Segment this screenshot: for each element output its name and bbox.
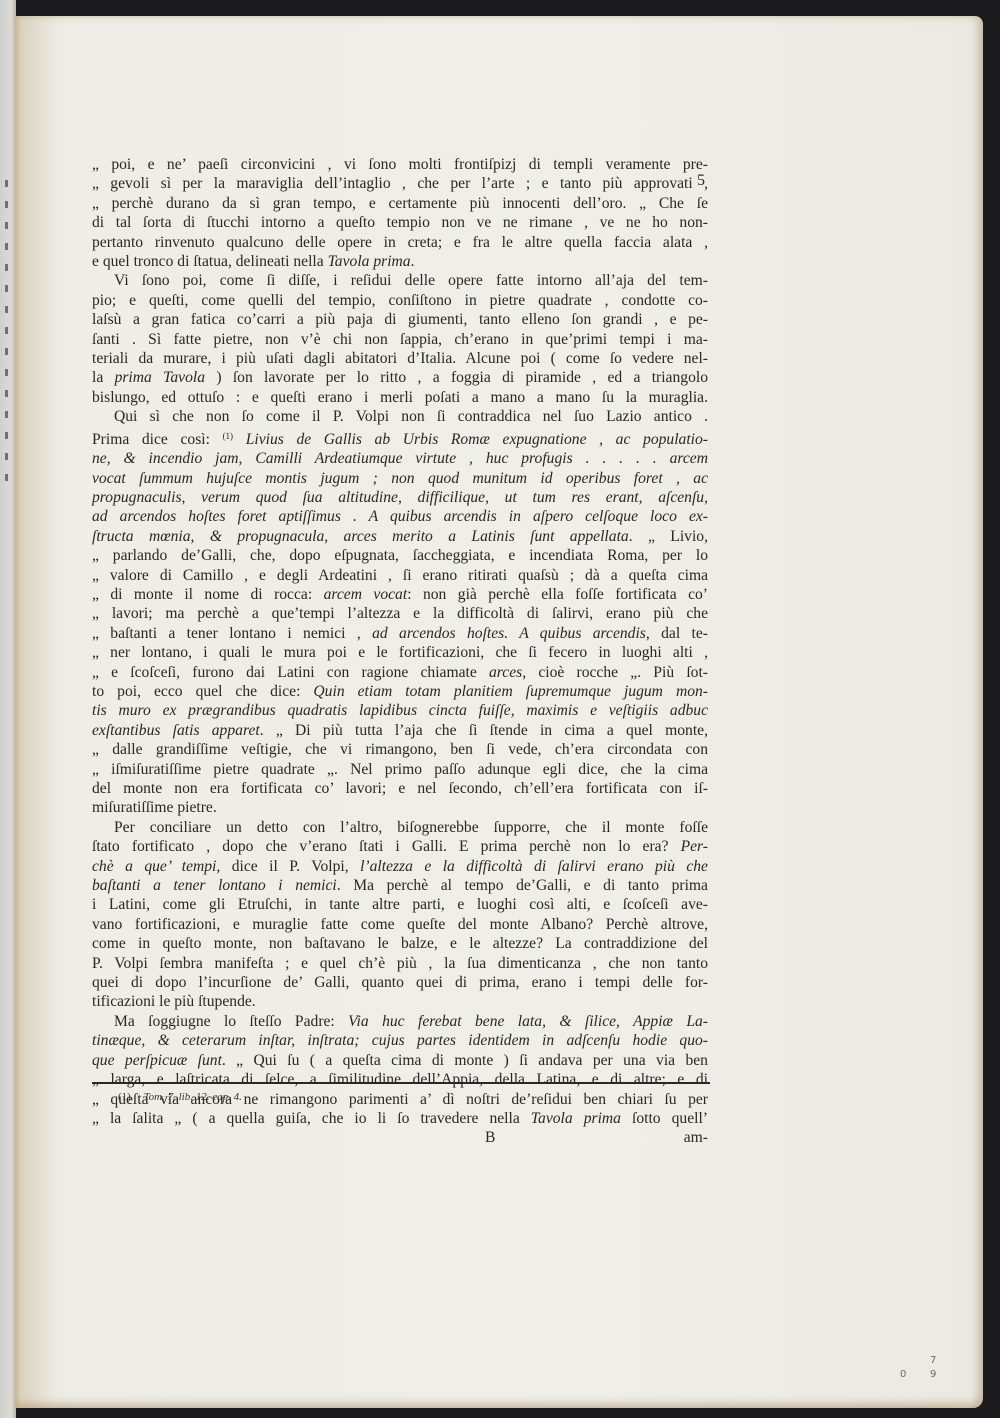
- text-line: P. Volpi ſembra manifeſta ; e quel ch’è …: [92, 954, 708, 973]
- pencil-mark: 9: [930, 1369, 936, 1380]
- text-line: ſtato fortificato , dopo che v’erano ſta…: [92, 837, 708, 856]
- text-line: „ larga, e laſtricata di ſelce, a ſimili…: [92, 1070, 708, 1089]
- text-line: Ma ſoggiugne lo ſteſſo Padre: Via huc fe…: [92, 1012, 708, 1031]
- text-line: „ dalle grandiſſime veſtigie, che vi rim…: [92, 740, 708, 759]
- text-line: Prima dice così: (1) Livius de Gallis ab…: [92, 427, 708, 449]
- text-line: propugnaculis, verum quod ſua altitudine…: [92, 488, 708, 507]
- text-line: laſsù a gran fatica co’carri a più paja …: [92, 310, 708, 329]
- footnote-rule: [92, 1082, 710, 1084]
- signature-mark: B: [485, 1128, 495, 1147]
- body-text: „ poi, e ne’ paeſi circonvicini , vi ſon…: [92, 155, 708, 1148]
- text-line: „ lavori; ma perchè a que’tempi l’altezz…: [92, 604, 708, 623]
- text-line: e quel tronco di ſtatua, delineati nella…: [92, 252, 708, 271]
- text-line: exſtantibus ſatis apparet. „ Di più tutt…: [92, 721, 708, 740]
- text-line: chè a que’ tempi, dice il P. Volpi, l’al…: [92, 857, 708, 876]
- text-line: ſtructa mœnia, & propugnacula, arces mer…: [92, 527, 708, 546]
- text-line: „ poi, e ne’ paeſi circonvicini , vi ſon…: [92, 155, 708, 174]
- text-line: la prima Tavola ) ſon lavorate per lo ri…: [92, 368, 708, 387]
- text-line: pio; e queſti, come quelli del tempio, c…: [92, 291, 708, 310]
- text-line: vocat ſummum hujuſce montis jugum ; non …: [92, 469, 708, 488]
- text-line: Qui sì che non ſo come il P. Volpi non ſ…: [92, 407, 708, 426]
- text-line: „ valore di Camillo , e degli Ardeatini …: [92, 566, 708, 585]
- text-line: „ perchè durano da sì gran tempo, e cert…: [92, 194, 708, 213]
- text-line: baſtanti a tener lontano i nemici. Ma pe…: [92, 876, 708, 895]
- text-line: quei di dopo l’incurſione de’ Galli, qua…: [92, 973, 708, 992]
- text-line: „ di monte il nome di rocca: arcem vocat…: [92, 585, 708, 604]
- text-line: tinæque, & ceterarum inſtar, inſtrata; c…: [92, 1031, 708, 1050]
- text-line: bislungo, ed ottuſo : e queſti erano i m…: [92, 388, 708, 407]
- text-line: di tal ſorta di ſtucchi intorno a queſto…: [92, 213, 708, 232]
- previous-page-text-fragments: [2, 180, 12, 495]
- text-line: que perſpicuæ ſunt. „ Qui ſu ( a queſta …: [92, 1051, 708, 1070]
- text-line: ſanti . Sì fatte pietre, non v’è chi non…: [92, 330, 708, 349]
- text-line: „ iſmiſuratiſſime pietre quadrate „. Nel…: [92, 760, 708, 779]
- page-gutter: [15, 16, 55, 1408]
- pencil-mark: 0: [900, 1369, 906, 1380]
- text-line: tificazioni le più ſtupende.: [92, 992, 708, 1011]
- text-line: del monte non era fortificata co’ lavori…: [92, 779, 708, 798]
- text-line: miſuratiſſime pietre.: [92, 798, 708, 817]
- text-line: „ la ſalita „ ( a quella guiſa, che io l…: [92, 1109, 708, 1128]
- text-line: ne, & incendio jam, Camilli Ardeatiumque…: [92, 449, 708, 468]
- pencil-mark: 7: [930, 1355, 936, 1366]
- text-line: ad arcendos hoſtes foret aptiſſimus . A …: [92, 507, 708, 526]
- text-line: vano fortificazioni, e muraglie fatte co…: [92, 915, 708, 934]
- text-line: tis muro ex prægrandibus quadratis lapid…: [92, 701, 708, 720]
- signature-catchword-line: Bam-: [92, 1128, 708, 1147]
- text-line: i Latini, come gli Etruſchi, in tante al…: [92, 895, 708, 914]
- text-line: come in queſto monte, non baſtavano le b…: [92, 934, 708, 953]
- text-line: „ parlando de’Galli, che, dopo eſpugnata…: [92, 546, 708, 565]
- text-line: „ gevoli sì per la maraviglia dell’intag…: [92, 174, 708, 193]
- text-line: „ e ſcoſceſi, furono dai Latini con ragi…: [92, 663, 708, 682]
- footnote-text: Tom. 7. lib. 12. cap. 4.: [144, 1091, 242, 1103]
- text-line: Vi ſono poi, come ſi diſſe, i reſidui de…: [92, 271, 708, 290]
- footnote-number: (1): [118, 1091, 131, 1103]
- text-line: Per conciliare un detto con l’altro, biſ…: [92, 818, 708, 837]
- footnote: (1) Tom. 7. lib. 12. cap. 4.: [118, 1091, 242, 1103]
- text-line: „ baſtanti a tener lontano i nemici , ad…: [92, 624, 708, 643]
- text-line: to poi, ecco quel che dice: Quin etiam t…: [92, 682, 708, 701]
- catchword: am-: [684, 1128, 708, 1147]
- text-line: „ ner lontano, i quali le mura poi e le …: [92, 643, 708, 662]
- text-line: pertanto rinvenuto qualcuno delle opere …: [92, 233, 708, 252]
- previous-page-edge: [0, 0, 16, 1418]
- text-line: teriali da murare, i più uſati dagli abi…: [92, 349, 708, 368]
